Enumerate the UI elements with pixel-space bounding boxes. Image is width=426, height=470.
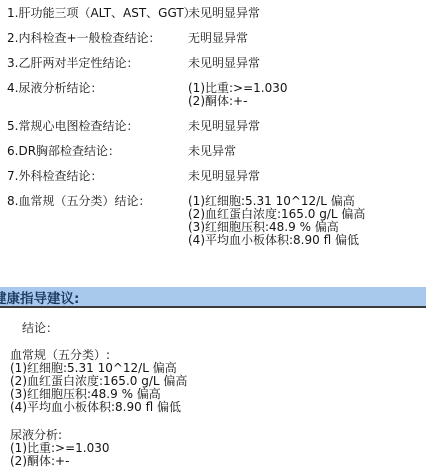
advice-blocks: 血常规（五分类）:(1)红细胞:5.31 10^12/L 偏高(2)血红蛋白浓度… (10, 349, 426, 468)
result-label: 2.内科检查+一般检查结论： (7, 32, 188, 45)
result-row: 8.血常规（五分类）结论：(1)红细胞:5.31 10^12/L 偏高(2)血红… (7, 195, 426, 247)
result-value-line: 未见明显异常 (188, 57, 426, 70)
result-value-line: 无明显异常 (188, 32, 426, 45)
result-value-line: (4)平均血小板体积:8.90 fl 偏低 (188, 234, 426, 247)
result-values: 未见异常 (188, 145, 426, 158)
result-values: (1)比重:>=1.030(2)酮体:+- (188, 82, 426, 108)
result-values: 未见明显异常 (188, 57, 426, 70)
result-label: 3.乙肝两对半定性结论： (7, 57, 188, 70)
advice-line: (4)平均血小板体积:8.90 fl 偏低 (10, 401, 426, 414)
result-values: 无明显异常 (188, 32, 426, 45)
exam-results-list: 1.肝功能三项（ALT、AST、GGT）未见明显异常2.内科检查+一般检查结论：… (0, 0, 426, 247)
result-row: 2.内科检查+一般检查结论：无明显异常 (7, 32, 426, 45)
result-label: 5.常规心电图检查结论： (7, 120, 188, 133)
advice-header-bar: 健康指导建议: (0, 287, 426, 308)
result-row: 5.常规心电图检查结论：未见明显异常 (7, 120, 426, 133)
result-row: 1.肝功能三项（ALT、AST、GGT）未见明显异常 (7, 7, 426, 20)
result-row: 6.DR胸部检查结论：未见异常 (7, 145, 426, 158)
result-label: 4.尿液分析结论： (7, 82, 188, 95)
advice-line: (1)比重:>=1.030 (10, 442, 426, 455)
result-row: 3.乙肝两对半定性结论：未见明显异常 (7, 57, 426, 70)
result-values: 未见明显异常 (188, 120, 426, 133)
result-values: (1)红细胞:5.31 10^12/L 偏高(2)血红蛋白浓度:165.0 g/… (188, 195, 426, 247)
result-label: 7.外科检查结论： (7, 170, 188, 183)
result-label: 6.DR胸部检查结论： (7, 145, 188, 158)
health-advice-section: 健康指导建议: 结论： 血常规（五分类）:(1)红细胞:5.31 10^12/L… (0, 287, 426, 468)
result-value-line: 未见异常 (188, 145, 426, 158)
result-label: 1.肝功能三项（ALT、AST、GGT） (7, 7, 188, 20)
result-row: 7.外科检查结论：未见明显异常 (7, 170, 426, 183)
result-value-line: (2)酮体:+- (188, 95, 426, 108)
advice-line: (2)酮体:+- (10, 455, 426, 468)
result-values: 未见明显异常 (188, 170, 426, 183)
health-report-page: 1.肝功能三项（ALT、AST、GGT）未见明显异常2.内科检查+一般检查结论：… (0, 0, 426, 470)
result-value-line: 未见明显异常 (188, 170, 426, 183)
result-values: 未见明显异常 (188, 7, 426, 20)
advice-header-title: 健康指导建议: (0, 287, 79, 307)
advice-conclusion-label: 结论： (22, 322, 426, 335)
advice-block: 尿液分析:(1)比重:>=1.030(2)酮体:+- (10, 429, 426, 468)
result-label: 8.血常规（五分类）结论： (7, 195, 188, 208)
advice-body: 结论： 血常规（五分类）:(1)红细胞:5.31 10^12/L 偏高(2)血红… (0, 308, 426, 468)
result-value-line: 未见明显异常 (188, 120, 426, 133)
result-value-line: 未见明显异常 (188, 7, 426, 20)
result-row: 4.尿液分析结论：(1)比重:>=1.030(2)酮体:+- (7, 82, 426, 108)
advice-block: 血常规（五分类）:(1)红细胞:5.31 10^12/L 偏高(2)血红蛋白浓度… (10, 349, 426, 414)
